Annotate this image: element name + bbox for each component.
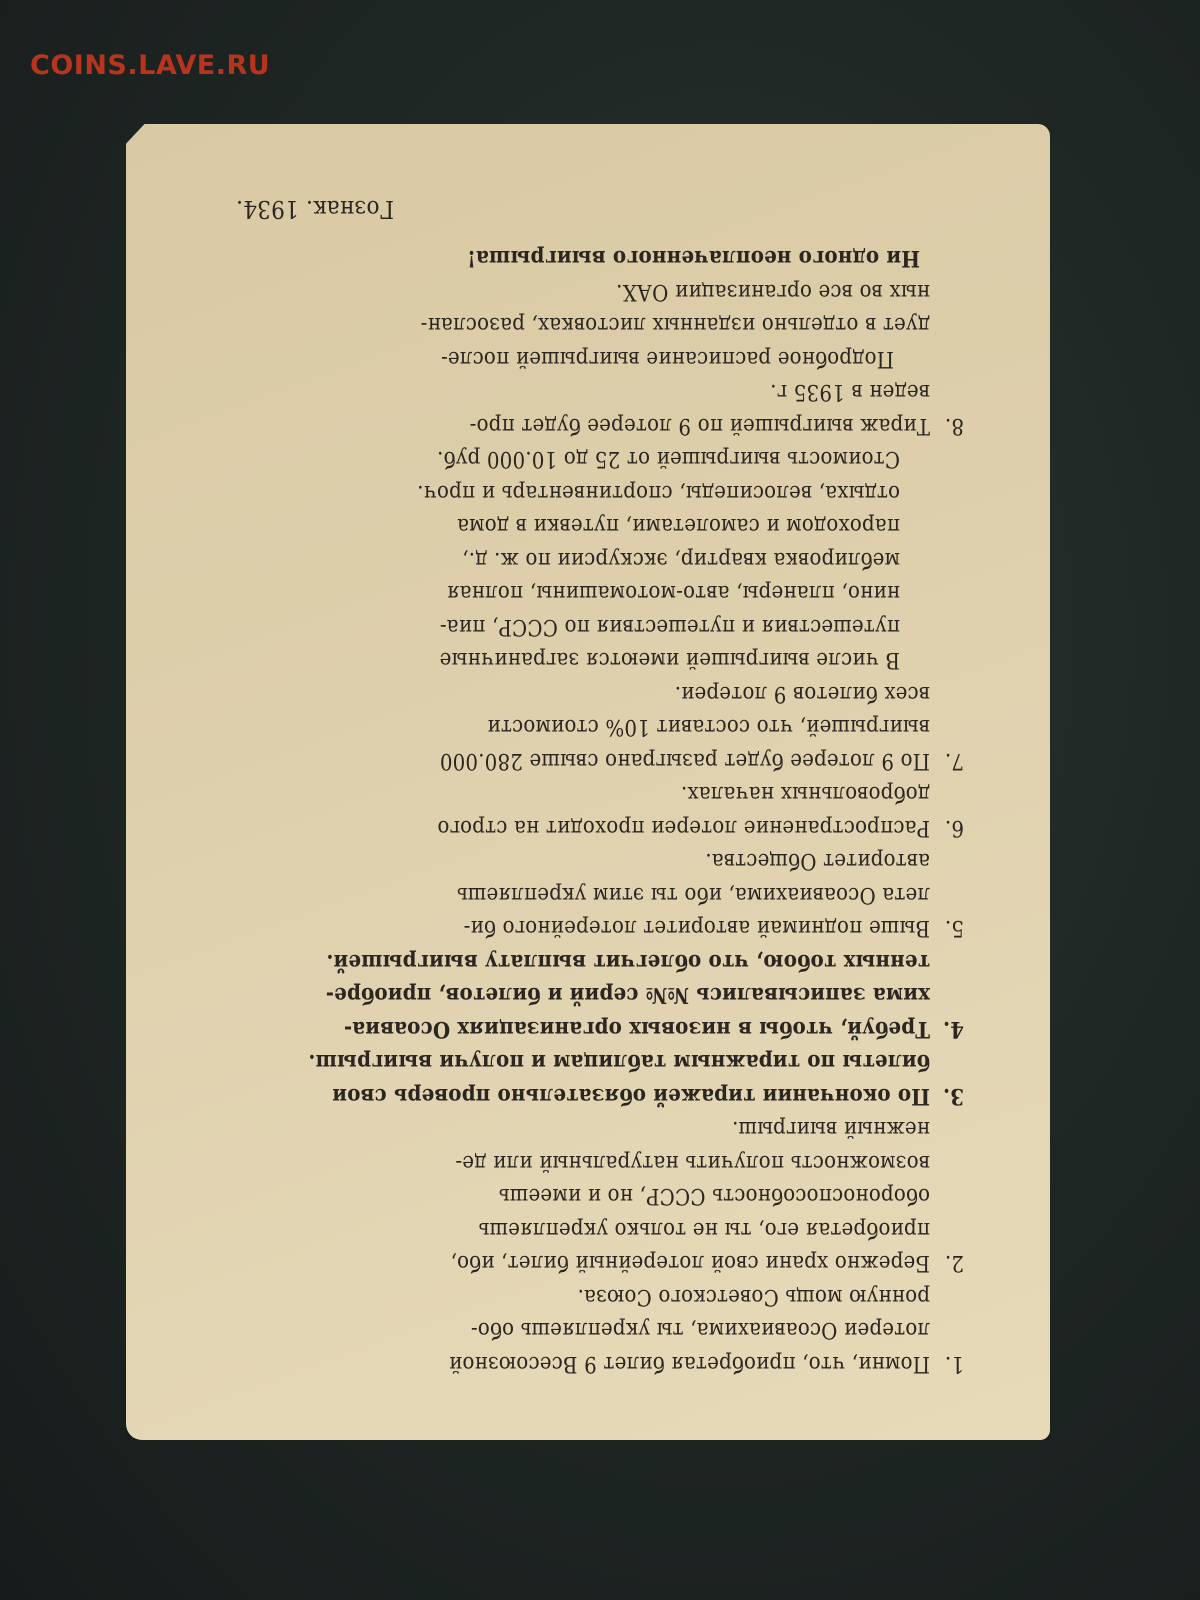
lottery-ticket-back: 1.Помни, что, приобретая билет 9 Всесоюз… xyxy=(126,124,1050,1440)
ticket-item: 1.Помни, что, приобретая билет 9 Всесоюз… xyxy=(206,1280,930,1381)
text-line: Распространение лотереи проходит на стро… xyxy=(206,811,930,845)
ticket-item: 6.Распространение лотереи проходит на ст… xyxy=(206,777,930,844)
text-line: Помни, что, приобретая билет 9 Всесоюзно… xyxy=(206,1347,930,1381)
item-number: 5. xyxy=(945,911,964,945)
text-line: отдыха, велосипеды, спортинвентарь и про… xyxy=(206,476,930,510)
ticket-item: 4.Требуй, чтобы в низовых организациях О… xyxy=(206,945,930,1046)
ticket-text-upside-down: 1.Помни, что, приобретая билет 9 Всесоюз… xyxy=(126,124,1050,1440)
final-slogan: Ни одного неоплаченного выигрыша! xyxy=(206,241,920,275)
ticket-item: 3.По окончании тиражей обязательно прове… xyxy=(206,1045,930,1112)
text-line: По 9 лотерее будет разыграно свыше 280.0… xyxy=(206,744,930,778)
text-line: По окончании тиражей обязательно проверь… xyxy=(206,1079,930,1113)
text-line: всех билетов 9 лотереи. xyxy=(206,677,930,711)
text-line: выигрышей, что составит 10% стоимости xyxy=(206,710,930,744)
text-line: ных во все организации ОАХ. xyxy=(206,275,966,309)
text-line: путешествия и путешествия по СССР, пиа- xyxy=(206,610,930,644)
ticket-item: 5.Выше поднимай авторитет лотерейного би… xyxy=(206,844,930,945)
item-number: 8. xyxy=(945,409,964,443)
item-number: 2. xyxy=(945,1246,964,1280)
text-line: возможность получить натуральный или де- xyxy=(206,1146,930,1180)
text-line: Бережно храни свой лотерейный билет, ибо… xyxy=(206,1246,930,1280)
text-line: лотереи Осоавиахима, ты укрепляешь обо- xyxy=(206,1313,930,1347)
item-number: 6. xyxy=(945,811,964,845)
watermark: COINS.LAVE.RU xyxy=(30,50,270,81)
ticket-item: 2.Бережно храни свой лотерейный билет, и… xyxy=(206,1112,930,1280)
text-line: Требуй, чтобы в низовых организациях Осо… xyxy=(206,1012,930,1046)
text-line: меблировка квартир, экскурсии по ж. д., xyxy=(206,543,930,577)
item-number: 3. xyxy=(943,1079,964,1113)
text-line: ронную мощь Советского Союза. xyxy=(206,1280,930,1314)
text-line: обороноспособность СССР, но и имеешь xyxy=(206,1179,930,1213)
text-line: лета Осоавиахима, ибо ты этим укрепляешь xyxy=(206,878,930,912)
ticket-item: 8.Тираж выигрышей по 9 лотерее будет про… xyxy=(206,375,930,442)
ticket-item: 7.По 9 лотерее будет разыграно свыше 280… xyxy=(206,677,930,778)
text-line: приобретая его, ты не только укрепляешь xyxy=(206,1213,930,1247)
text-line: Выше поднимай авторитет лотерейного би- xyxy=(206,911,930,945)
text-line: добровольных началах. xyxy=(206,777,930,811)
text-line: Тираж выигрышей по 9 лотерее будет про- xyxy=(206,409,930,443)
text-line: Подробное расписание выигрышей после- xyxy=(206,342,930,376)
text-line: авторитет Общества. xyxy=(206,844,930,878)
closing-paragraph: Подробное расписание выигрышей после-дуе… xyxy=(206,275,930,376)
item-number: 4. xyxy=(943,1012,964,1046)
item-number: 1. xyxy=(945,1347,964,1381)
text-line: тенных тобою, что облегчит выплату выигр… xyxy=(206,945,930,979)
text-line: Стоимость выигрышей от 25 до 10.000 руб. xyxy=(206,442,930,476)
item-number: 7. xyxy=(945,744,964,778)
text-line: веден в 1935 г. xyxy=(206,375,930,409)
text-line: билеты по тиражным таблицам и получи выи… xyxy=(206,1045,930,1079)
text-line: хима записывались №№ серий и билетов, пр… xyxy=(206,978,930,1012)
text-line: нино, планеры, авто-мотомашины, полная xyxy=(206,576,930,610)
printer-imprint: Гознак. 1934. xyxy=(236,192,930,226)
text-line: нежный выигрыш. xyxy=(206,1112,930,1146)
ticket-item: В числе выигрышей имеются заграничныепут… xyxy=(206,442,930,677)
text-line: В числе выигрышей имеются заграничные xyxy=(206,643,930,677)
text-line: дует в отдельно изданных листовках, разо… xyxy=(206,308,966,342)
text-line: пароходом и самолетами, путевки в дома xyxy=(206,509,930,543)
